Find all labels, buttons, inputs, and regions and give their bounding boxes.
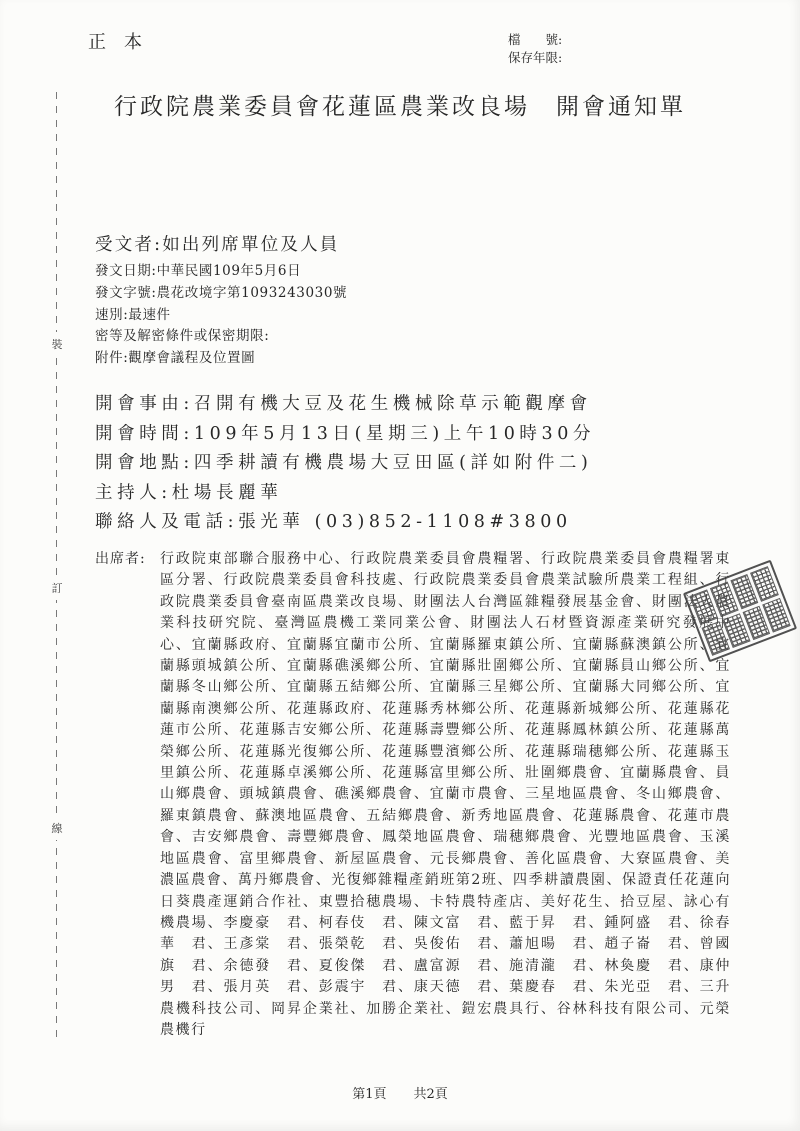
issue-date-line: 發文日期:中華民國109年5月6日: [95, 261, 347, 283]
meeting-location-label: 開會地點:: [95, 453, 194, 473]
meeting-notice-document: 裝 訂 線 正 本 檔 號: 保存年限: 行政院農業委員會花蓮區農業改良場 開會…: [0, 0, 800, 1131]
doc-number-value: 農花改境字第1093243030號: [157, 285, 348, 301]
meeting-details-block: 開會事由:召開有機大豆及花生機械除草示範觀摩會 開會時間:109年5月13日(星…: [95, 390, 595, 538]
issue-date-value: 中華民國109年5月6日: [157, 263, 302, 279]
document-meta-block: 發文日期:中華民國109年5月6日 發文字號:農花改境字第1093243030號…: [95, 261, 347, 370]
classification-label: 密等及解密條件或保密期限:: [95, 328, 269, 344]
meeting-chair-line: 主持人:杜場長麗華: [95, 479, 595, 509]
classification-line: 密等及解密條件或保密期限:: [95, 326, 347, 348]
file-number-block: 檔 號: 保存年限:: [508, 31, 562, 67]
recipient-value: 如出列席單位及人員: [162, 235, 339, 255]
copy-type-label: 正 本: [88, 28, 142, 54]
retention-period-label: 保存年限:: [508, 49, 562, 67]
page-title: 行政院農業委員會花蓮區農業改良場 開會通知單: [0, 88, 800, 121]
meeting-time-line: 開會時間:109年5月13日(星期三)上午10時30分: [95, 420, 595, 450]
attendees-section: 出席者: 行政院東部聯合服務中心、行政院農業委員會農糧署、行政院農業委員會農糧署…: [95, 549, 731, 1041]
page-footer: 第1頁共2頁: [0, 1083, 800, 1102]
issue-date-label: 發文日期:: [95, 263, 157, 279]
meeting-contact-line: 聯絡人及電話:張光華 (03)852-1108#3800: [95, 508, 595, 538]
priority-value: 最速件: [128, 307, 170, 323]
attendees-list: 行政院東部聯合服務中心、行政院農業委員會農糧署、行政院農業委員會農糧署東區分署、…: [160, 549, 731, 1041]
meeting-subject-label: 開會事由:: [95, 394, 194, 414]
page-number: 第1頁: [352, 1083, 386, 1102]
meeting-contact-value: 張光華 (03)852-1108#3800: [238, 512, 572, 532]
priority-label: 速別:: [95, 307, 128, 323]
binding-margin-dashed-line: [56, 92, 57, 1037]
doc-number-line: 發文字號:農花改境字第1093243030號: [95, 283, 347, 305]
doc-number-label: 發文字號:: [95, 285, 157, 301]
recipient-line: 受文者:如出列席單位及人員: [95, 231, 340, 256]
file-number-label: 檔 號:: [508, 31, 562, 49]
meeting-time-label: 開會時間:: [95, 424, 194, 444]
binding-char-zhuang: 裝: [44, 332, 70, 356]
binding-char-xian: 線: [44, 816, 70, 840]
priority-line: 速別:最速件: [95, 305, 347, 327]
attachment-value: 觀摩會議程及位置圖: [128, 350, 255, 366]
attachment-label: 附件:: [95, 350, 128, 366]
meeting-chair-label: 主持人:: [95, 483, 172, 503]
binding-char-ding: 訂: [44, 576, 70, 600]
meeting-subject-value: 召開有機大豆及花生機械除草示範觀摩會: [194, 394, 592, 414]
meeting-contact-label: 聯絡人及電話:: [95, 512, 238, 532]
recipient-label: 受文者:: [95, 235, 162, 255]
meeting-location-value: 四季耕讀有機農場大豆田區(詳如附件二): [194, 453, 593, 473]
meeting-subject-line: 開會事由:召開有機大豆及花生機械除草示範觀摩會: [95, 390, 595, 420]
attachment-line: 附件:觀摩會議程及位置圖: [95, 348, 347, 370]
meeting-chair-value: 杜場長麗華: [172, 483, 283, 503]
meeting-time-value: 109年5月13日(星期三)上午10時30分: [194, 424, 595, 444]
meeting-location-line: 開會地點:四季耕讀有機農場大豆田區(詳如附件二): [95, 449, 595, 479]
attendees-label: 出席者:: [95, 549, 160, 570]
page-total: 共2頁: [414, 1083, 448, 1102]
